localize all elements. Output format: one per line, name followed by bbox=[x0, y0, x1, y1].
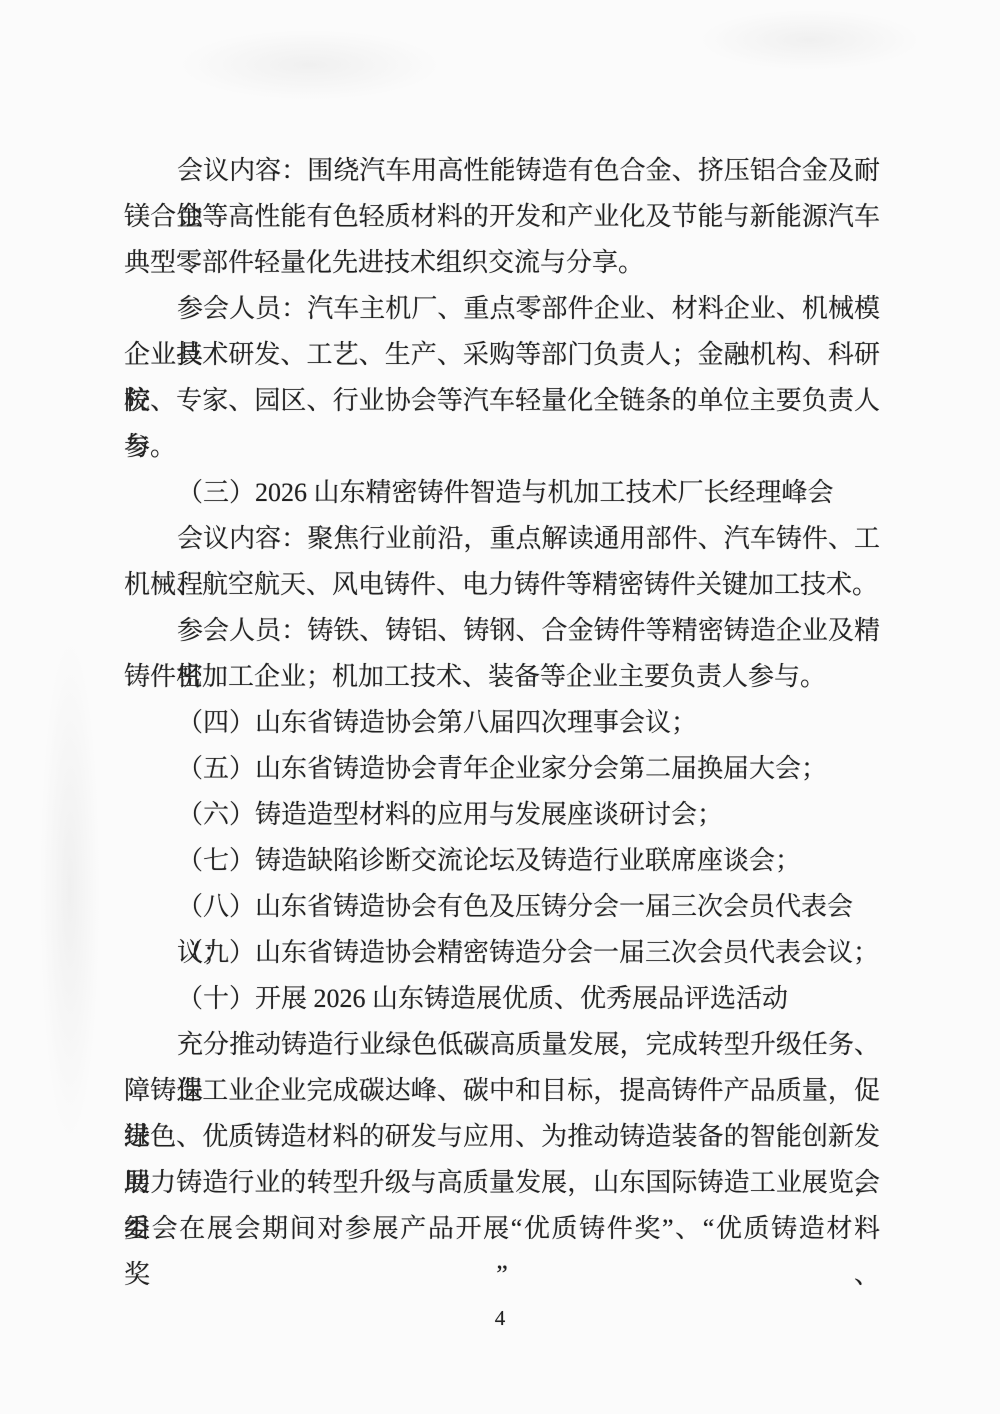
text-line: 会议内容：聚焦行业前沿，重点解读通用部件、汽车铸件、工程 bbox=[124, 516, 880, 562]
text-line: 铸件机加工企业；机加工技术、装备等企业主要负责人参与。 bbox=[124, 654, 880, 700]
text-line: （八）山东省铸造协会有色及压铸分会一届三次会员代表会议； bbox=[124, 884, 880, 930]
scan-smudge bbox=[40, 640, 100, 1140]
document-page: 会议内容：围绕汽车用高性能铸造有色合金、挤压铝合金及耐蚀镁合金等高性能有色轻质材… bbox=[0, 0, 1000, 1414]
text-line: （四）山东省铸造协会第八届四次理事会议； bbox=[124, 700, 880, 746]
text-line: （七）铸造缺陷诊断交流论坛及铸造行业联席座谈会； bbox=[124, 838, 880, 884]
text-line: 助力铸造行业的转型升级与高质量发展，山东国际铸造工业展览会组 bbox=[124, 1160, 880, 1206]
text-line: （九）山东省铸造协会精密铸造分会一届三次会员代表会议； bbox=[124, 930, 880, 976]
text-line: 障铸造工业企业完成碳达峰、碳中和目标，提高铸件产品质量，促进 bbox=[124, 1068, 880, 1114]
text-line: 典型零部件轻量化先进技术组织交流与分享。 bbox=[124, 240, 880, 286]
text-line: （十）开展 2026 山东铸造展优质、优秀展品评选活动 bbox=[124, 976, 880, 1022]
text-line: 参会人员：铸铁、铸铝、铸钢、合金铸件等精密铸造企业及精密 bbox=[124, 608, 880, 654]
scan-smudge bbox=[180, 30, 440, 100]
text-line: （五）山东省铸造协会青年企业家分会第二届换届大会； bbox=[124, 746, 880, 792]
text-line: （六）铸造造型材料的应用与发展座谈研讨会； bbox=[124, 792, 880, 838]
page-number: 4 bbox=[0, 1306, 1000, 1331]
text-line: 校、专家、园区、行业协会等汽车轻量化全链条的单位主要负责人参 bbox=[124, 378, 880, 424]
text-line: 参会人员：汽车主机厂、重点零部件企业、材料企业、机械模具 bbox=[124, 286, 880, 332]
text-line: 企业技术研发、工艺、生产、采购等部门负责人；金融机构、科研院 bbox=[124, 332, 880, 378]
text-line: 镁合金等高性能有色轻质材料的开发和产业化及节能与新能源汽车 bbox=[124, 194, 880, 240]
text-line: （三）2026 山东精密铸件智造与机加工技术厂长经理峰会 bbox=[124, 470, 880, 516]
text-line: 与。 bbox=[124, 424, 880, 470]
text-line: 机械、航空航天、风电铸件、电力铸件等精密铸件关键加工技术。 bbox=[124, 562, 880, 608]
text-line: 绿色、优质铸造材料的研发与应用、为推动铸造装备的智能创新发展， bbox=[124, 1114, 880, 1160]
text-line: 充分推动铸造行业绿色低碳高质量发展，完成转型升级任务、保 bbox=[124, 1022, 880, 1068]
scan-smudge bbox=[700, 10, 920, 70]
text-body: 会议内容：围绕汽车用高性能铸造有色合金、挤压铝合金及耐蚀镁合金等高性能有色轻质材… bbox=[124, 148, 880, 1252]
text-line: 委会在展会期间对参展产品开展“优质铸件奖”、“优质铸造材料奖”、 bbox=[124, 1206, 880, 1252]
text-line: 会议内容：围绕汽车用高性能铸造有色合金、挤压铝合金及耐蚀 bbox=[124, 148, 880, 194]
